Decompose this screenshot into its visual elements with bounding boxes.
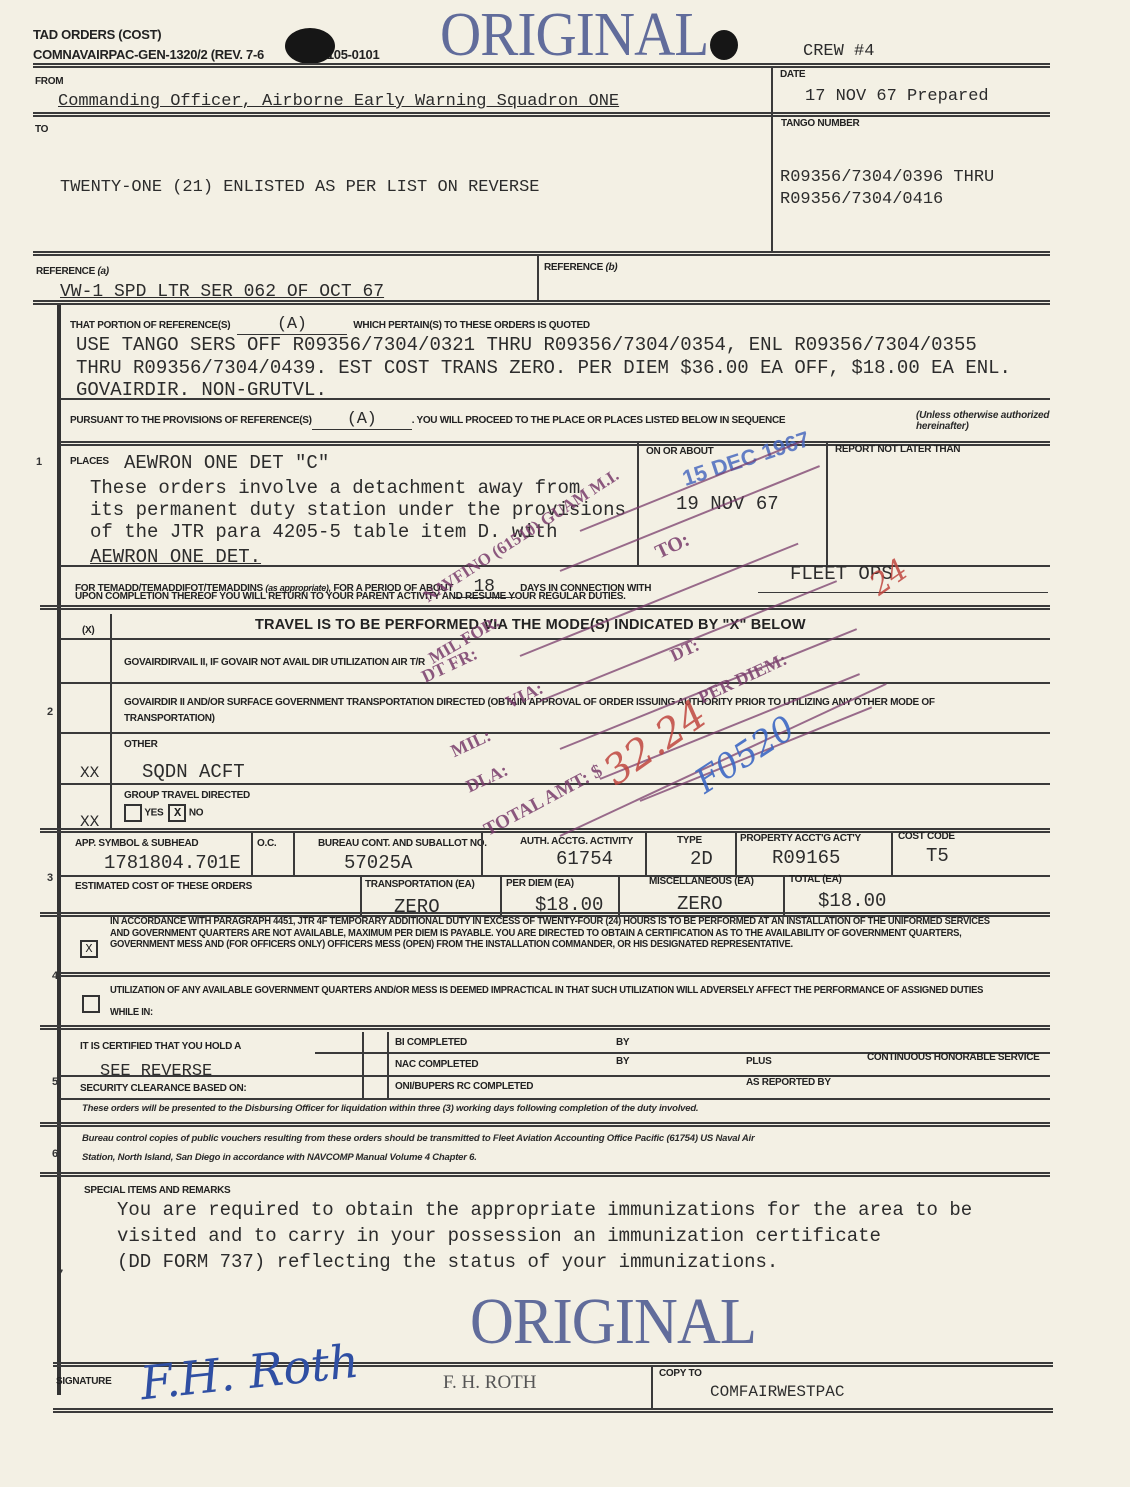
divider (40, 1172, 1050, 1177)
tango-line-1: R09356/7304/0396 THRU (780, 168, 994, 187)
row-number-1: 1 (36, 456, 42, 468)
divider (33, 63, 1050, 68)
remarks-line-3: (DD FORM 737) reflecting the status of y… (117, 1249, 778, 1275)
completion-text: UPON COMPLETION THEREOF YOU WILL RETURN … (75, 591, 626, 602)
liquidation-note: These orders will be presented to the Di… (82, 1103, 698, 1114)
divider (60, 972, 1050, 977)
divider (60, 783, 1050, 785)
row-number-5: 5 (52, 1076, 58, 1088)
bi-by-label: BY (616, 1037, 629, 1048)
divider (251, 833, 253, 877)
app-symbol-value: 1781804.701E (104, 852, 241, 874)
date-value: 17 NOV 67 Prepared (805, 87, 989, 106)
divider (771, 68, 773, 253)
other-value: SQDN ACFT (142, 761, 245, 783)
received-date-stamp: 15 DEC 1967 (679, 426, 813, 492)
certified-value: SEE REVERSE (100, 1062, 212, 1081)
row-number-2: 2 (47, 706, 53, 718)
copy-to-value: COMFAIRWESTPAC (710, 1383, 844, 1401)
handwritten-mark: 24 (863, 552, 914, 603)
row-number-6: 6 (52, 1148, 58, 1160)
nac-by-label: BY (616, 1056, 629, 1067)
divider (60, 1098, 1050, 1100)
stamp-line-to: TO: (652, 529, 694, 565)
date-label: DATE (780, 69, 805, 80)
bureau-label: BUREAU CONT. AND SUBALLOT NO. (318, 838, 487, 849)
est-cost-label: ESTIMATED COST OF THESE ORDERS (75, 881, 252, 892)
places-label: PLACES (70, 456, 109, 467)
divider (110, 614, 112, 829)
margin-rule (57, 305, 61, 1395)
places-line-2: These orders involve a detachment away f… (90, 477, 580, 499)
section6-line-1: Bureau control copies of public vouchers… (82, 1133, 755, 1144)
divider (637, 443, 639, 567)
pursuant-label: PURSUANT TO THE PROVISIONS OF REFERENCE(… (70, 410, 785, 430)
divider (618, 876, 620, 916)
divider (60, 398, 1050, 400)
travel-mode-2: GOVAIRDIR II AND/OR SURFACE GOVERNMENT T… (124, 697, 935, 708)
from-label: FROM (35, 76, 63, 87)
travel-mode-2b: TRANSPORTATION) (124, 713, 215, 724)
divider (645, 833, 647, 877)
divider (60, 1075, 1050, 1077)
type-value: 2D (690, 848, 713, 870)
nac-label: NAC COMPLETED (395, 1059, 478, 1070)
reference-b-label: REFERENCE (b) (544, 262, 617, 273)
per-diem-label: PER DIEM (ea) (506, 878, 574, 889)
original-stamp-bottom: ORIGINAL (470, 1284, 756, 1360)
divider (60, 682, 1050, 684)
stamp-line-mil: MIL: (448, 725, 495, 762)
bureau-value: 57025A (344, 852, 412, 874)
group-no-checkbox[interactable]: X (168, 804, 186, 822)
divider (387, 1032, 389, 1098)
stamp-line-dla: DLA: (463, 760, 512, 798)
redaction-blot (285, 28, 335, 64)
oc-label: O.C. (257, 838, 276, 849)
signature-label: SIGNATURE (56, 1376, 111, 1387)
cost-code-value: T5 (926, 845, 949, 867)
divider (500, 876, 502, 916)
divider (891, 833, 893, 877)
travel-mode-1: GOVAIRDIRVAIL II, IF GOVAIR NOT AVAIL DI… (124, 657, 425, 668)
divider (53, 1408, 1053, 1413)
divider (735, 833, 737, 877)
divider (40, 1025, 1050, 1030)
total-value: $18.00 (818, 890, 886, 912)
form-title: TAD ORDERS (Cost) (33, 27, 161, 42)
copy-to-label: COPY TO (659, 1368, 702, 1379)
total-label: TOTAL (ea) (789, 874, 842, 885)
section6-line-2: Station, North Island, San Diego in acco… (82, 1152, 477, 1163)
property-value: R09165 (772, 847, 840, 869)
app-symbol-label: APP. SYMBOL & SUBHEAD (75, 838, 198, 849)
group-yes-checkbox[interactable] (124, 804, 142, 822)
max-per-diem-text: IN ACCORDANCE WITH PARAGRAPH 4451, JTR 4… (110, 916, 1008, 951)
check-impractical[interactable] (82, 995, 100, 1013)
divider (60, 638, 1050, 640)
tango-label: TANGO NUMBER (781, 118, 859, 129)
other-label: OTHER (124, 739, 158, 750)
divider (33, 300, 1050, 305)
continuous-label: CONTINUOUS HONORABLE SERVICE (867, 1052, 1040, 1063)
remarks-line-1: You are required to obtain the appropria… (117, 1197, 972, 1223)
remarks-label: SPECIAL ITEMS AND REMARKS (84, 1185, 230, 1196)
travel-header: TRAVEL IS TO BE PERFORMED VIA THE MODE(S… (255, 617, 806, 633)
divider (40, 605, 1050, 610)
divider (758, 592, 1048, 593)
places-line-3: its permanent duty station under the pro… (90, 499, 626, 521)
reference-a-label: REFERENCE (a) (36, 266, 109, 277)
cost-code-label: COST CODE (898, 831, 955, 842)
tango-line-2: R09356/7304/0416 (780, 190, 943, 209)
row-number-7: 7 (57, 1268, 63, 1280)
divider (826, 443, 828, 567)
divider (537, 256, 539, 302)
on-or-about-value: 19 NOV 67 (676, 493, 779, 515)
transport-label: TRANSPORTATION (ea) (365, 879, 474, 890)
places-line-1: AEWRON ONE DET "C" (124, 452, 329, 474)
handwritten-signature: F.H. Roth (138, 1334, 362, 1411)
divider (33, 251, 1050, 256)
divider (40, 1122, 1050, 1127)
divider (60, 732, 1050, 734)
to-label: TO (35, 124, 48, 135)
from-value: Commanding Officer, Airborne Early Warni… (58, 92, 619, 111)
oni-label: ONI/BUPERS RC COMPLETED (395, 1081, 533, 1092)
divider (481, 833, 483, 877)
misc-label: MISCELLANEOUS (ea) (649, 876, 754, 887)
checkbox-max-per-diem[interactable]: X (80, 940, 98, 958)
form-number-left: COMNAVAIRPAC-GEN-1320/2 (REV. 7-6 (33, 47, 264, 62)
reference-a-value: VW-1 SPD LTR SER 062 OF OCT 67 (60, 282, 384, 302)
original-stamp-top: ORIGINAL (440, 0, 708, 71)
certified-label: IT IS CERTIFIED THAT YOU HOLD A (80, 1041, 241, 1052)
check-max-per-diem[interactable]: X (80, 940, 98, 958)
checkbox-impractical[interactable] (82, 995, 100, 1013)
on-or-about-label: ON OR ABOUT (646, 446, 713, 457)
typed-name: F. H. ROTH (443, 1372, 537, 1394)
places-line-4: of the JTR para 4205-5 table item D. wit… (90, 521, 557, 543)
portion-ref: (a) (237, 315, 347, 335)
divider (293, 833, 295, 877)
type-label: TYPE (677, 835, 702, 846)
to-value: TWENTY-ONE (21) ENLISTED AS PER LIST ON … (60, 178, 539, 197)
report-label: REPORT NOT LATER THAN (835, 444, 960, 455)
portion-line-1: USE TANGO SERS OFF R09356/7304/0321 THRU… (76, 334, 977, 356)
auth-label: AUTH. ACCTG. ACTIVITY (520, 836, 633, 847)
divider (60, 875, 1050, 877)
other-mark: XX (80, 764, 99, 782)
row-number-4: 4 (52, 970, 58, 982)
bi-label: BI COMPLETED (395, 1037, 467, 1048)
auth-value: 61754 (556, 848, 613, 870)
x-column-label: (X) (82, 625, 94, 636)
reported-label: AS REPORTED BY (746, 1077, 831, 1088)
row-number-3: 3 (47, 872, 53, 884)
crew-number: CREW #4 (803, 42, 874, 61)
pursuant-ref: (a) (312, 410, 412, 430)
ink-blot (710, 30, 738, 60)
property-label: PROPERTY ACCT'G ACT'Y (740, 833, 861, 844)
divider (651, 1366, 653, 1410)
divider (360, 876, 362, 916)
clearance-label: SECURITY CLEARANCE BASED ON: (80, 1083, 246, 1094)
divider (783, 876, 785, 916)
portion-label: THAT PORTION OF REFERENCE(S) (a) WHICH P… (70, 315, 590, 335)
stamp-line-dt-fr: DT FR: (418, 643, 481, 687)
group-travel-label: GROUP TRAVEL DIRECTED (124, 790, 250, 801)
impractical-text: UTILIZATION OF ANY AVAILABLE GOVERNMENT … (110, 980, 1012, 1024)
divider (362, 1032, 364, 1098)
remarks-line-2: visited and to carry in your possession … (117, 1223, 881, 1249)
group-travel-options: YES X NO (124, 804, 203, 822)
plus-label: PLUS (746, 1056, 771, 1067)
portion-line-2: THRU R09356/7304/0439. EST COST TRANS ZE… (76, 357, 1011, 379)
divider (33, 112, 1050, 117)
